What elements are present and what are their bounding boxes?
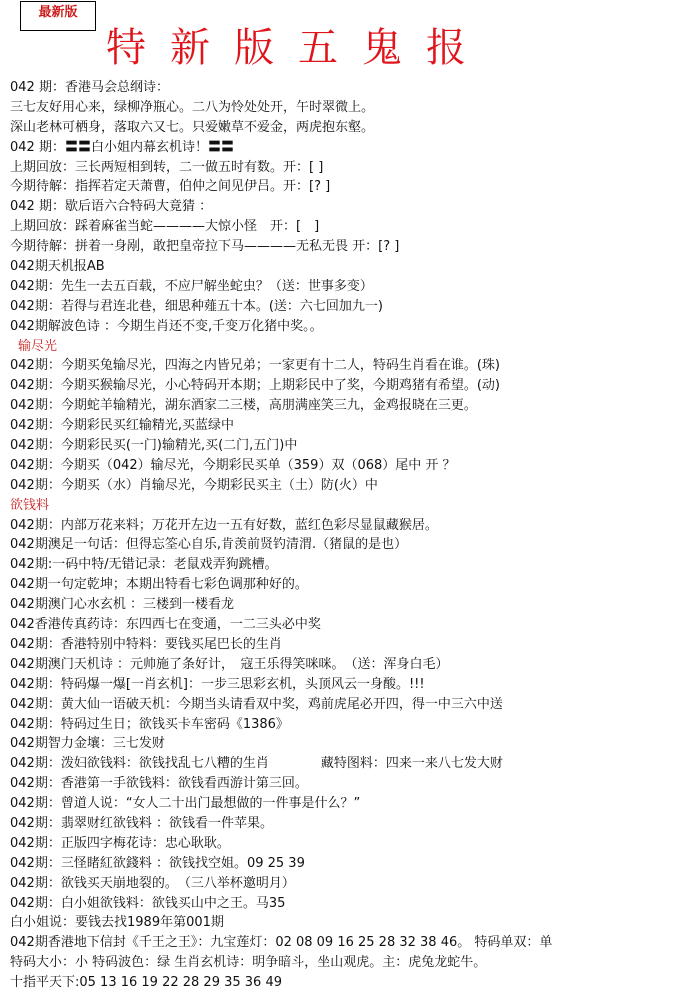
title-char: 鬼 (362, 20, 402, 76)
text-line: 042 期：〓〓白小姐内幕玄机诗！〓〓 (10, 138, 679, 158)
text-line: 042 期：香港马会总纲诗： (10, 78, 679, 98)
text-line: 十指平天下:05 13 16 19 22 28 29 35 36 49 (10, 973, 679, 993)
page-title: 特 新 版 五 鬼 报 (106, 20, 466, 76)
title-char: 报 (426, 20, 466, 76)
text-line: 042期智力金壤：三七发财 (10, 734, 679, 754)
text-line: 042期澳足一句话：但得忘筌心自乐,肯羡前贤钓清渭.（猪鼠的是也） (10, 535, 679, 555)
text-line: 042期：曾道人说：“女人二十出门最想做的一件事是什么？” (10, 794, 679, 814)
text-line: 042期：正版四字梅花诗：忠心耿耿。 (10, 834, 679, 854)
text-line: 042期：欲钱买天崩地裂的。 （三八举杯邀明月） (10, 874, 679, 894)
text-line: 042期：白小姐欲钱料：欲钱买山中之王。马35 (10, 894, 679, 914)
text-line: 042期：今期彩民买红输精光,买蓝绿中 (10, 416, 679, 436)
text-line: 042期：翡翠财红欲钱料 ：欲钱看一件苹果。 (10, 814, 679, 834)
text-line: 042期：今期买（042）输尽光，今期彩民买单（359）双（068）尾中 开 ？ (10, 456, 679, 476)
text-line: 042期：今期彩民买(一门)输精光,买(二门,五门)中 (10, 436, 679, 456)
text-line: 深山老林可栖身，落取六又七。只爱嫩草不爱金，两虎抱东壑。 (10, 118, 679, 138)
text-line: 上期回放：三长两短相到转，二一做五时有数。开：[ ] (10, 158, 679, 178)
title-char: 特 (106, 20, 146, 76)
text-line: 042期：今期买猴输尽光，小心特码开本期；上期彩民中了奖，今期鸡猪有希望。(动) (10, 376, 679, 396)
text-line: 042 期：歇后语六合特码大竟猜 ： (10, 197, 679, 217)
text-line: 042期:一码中特/无错记录：老鼠戏弄狗跳槽。 (10, 555, 679, 575)
text-line: 042期：泼妇欲钱料：欲钱找乱七八糟的生肖 藏特图料：四来一来八七发大财 (10, 754, 679, 774)
text-line: 042期：特码过生日；欲钱买卡车密码《1386》 (10, 715, 679, 735)
title-char: 版 (234, 20, 274, 76)
text-line: 今期待解：拼着一身剐，敢把皇帝拉下马————无私无畏 开：[? ] (10, 237, 679, 257)
text-line: 042期：内部万花来料；万花开左边一五有好数，蓝红色彩尽显鼠藏猴居。 (10, 516, 679, 536)
text-line: 042期：特码爆一爆[一肖玄机]：一步三思彩玄机，头顶风云一身酸。!!! (10, 675, 679, 695)
content-body: 042 期：香港马会总纲诗： 三七友好用心来，绿柳净瓶心。二八为怜处处开，午时翠… (10, 78, 679, 993)
text-line: 今期待解：指挥若定天萧曹，伯仲之间见伊吕。开：[? ] (10, 177, 679, 197)
text-line: 042期解波色诗 ：今期生肖还不变,千变万化猪中奖。。 (10, 317, 679, 337)
title-char: 五 (298, 20, 338, 76)
text-line: 042期：香港第一手欲钱料：欲钱看西游计第三回。 (10, 774, 679, 794)
text-line: 上期回放：踩着麻雀当蛇————大惊小怪 开：[ ] (10, 217, 679, 237)
text-line: 042期：今期买兔输尽光，四海之内皆兄弟；一家更有十二人，特码生肖看在谁。(珠) (10, 356, 679, 376)
text-line: 042期：三怪睹紅欲錢料 ：欲钱找空姐。09 25 39 (10, 854, 679, 874)
text-line: 042香港传真药诗：东四西七在变通，一二三头必中奖 (10, 615, 679, 635)
text-line: 042期一句定乾坤；本期出特看七彩色调那种好的。 (10, 575, 679, 595)
text-line: 042期：今期蛇羊输精光，湖东酒家二三楼，高朋满座笑三九，金鸡报晓在三更。 (10, 396, 679, 416)
text-line: 042期天机报AB (10, 257, 679, 277)
text-line: 白小姐说：要钱去找1989年第001期 (10, 913, 679, 933)
text-line: 042期澳门心水玄机 ：三楼到一楼看龙 (10, 595, 679, 615)
text-line: 042期：若得与君连北巷，细思种薤五十本。(送：六七回加九一) (10, 297, 679, 317)
text-line: 042期：先生一去五百载，不应尸解坐蛇虫？（送：世事多变） (10, 277, 679, 297)
text-line: 三七友好用心来，绿柳净瓶心。二八为怜处处开，午时翠微上。 (10, 98, 679, 118)
section-heading-lose-all: 输尽光 (10, 337, 679, 357)
text-line: 042期：黄大仙一语破天机：今期当头请看双中奖，鸡前虎尾必开四，得一中三六中送 (10, 695, 679, 715)
title-char: 新 (170, 20, 210, 76)
text-line: 042期：今期买（水）肖输尽光，今期彩民买主（土）防(火）中 (10, 476, 679, 496)
text-line: 特码大小：小 特码波色：绿 生肖玄机诗：明争暗斗，坐山观虎。主：虎兔龙蛇牛。 (10, 953, 679, 973)
latest-version-badge: 最新版 (20, 1, 96, 31)
text-line: 042期澳门天机诗 ：元帅施了条好计， 寇王乐得笑咪咪。 （送：浑身白毛） (10, 655, 679, 675)
text-line: 042期香港地下信封《千王之王》：九宝莲灯：02 08 09 16 25 28 … (10, 933, 679, 953)
section-heading-money-tips: 欲钱料 (10, 496, 679, 516)
text-line: 042期：香港特别中特料：要钱买尾巴长的生肖 (10, 635, 679, 655)
